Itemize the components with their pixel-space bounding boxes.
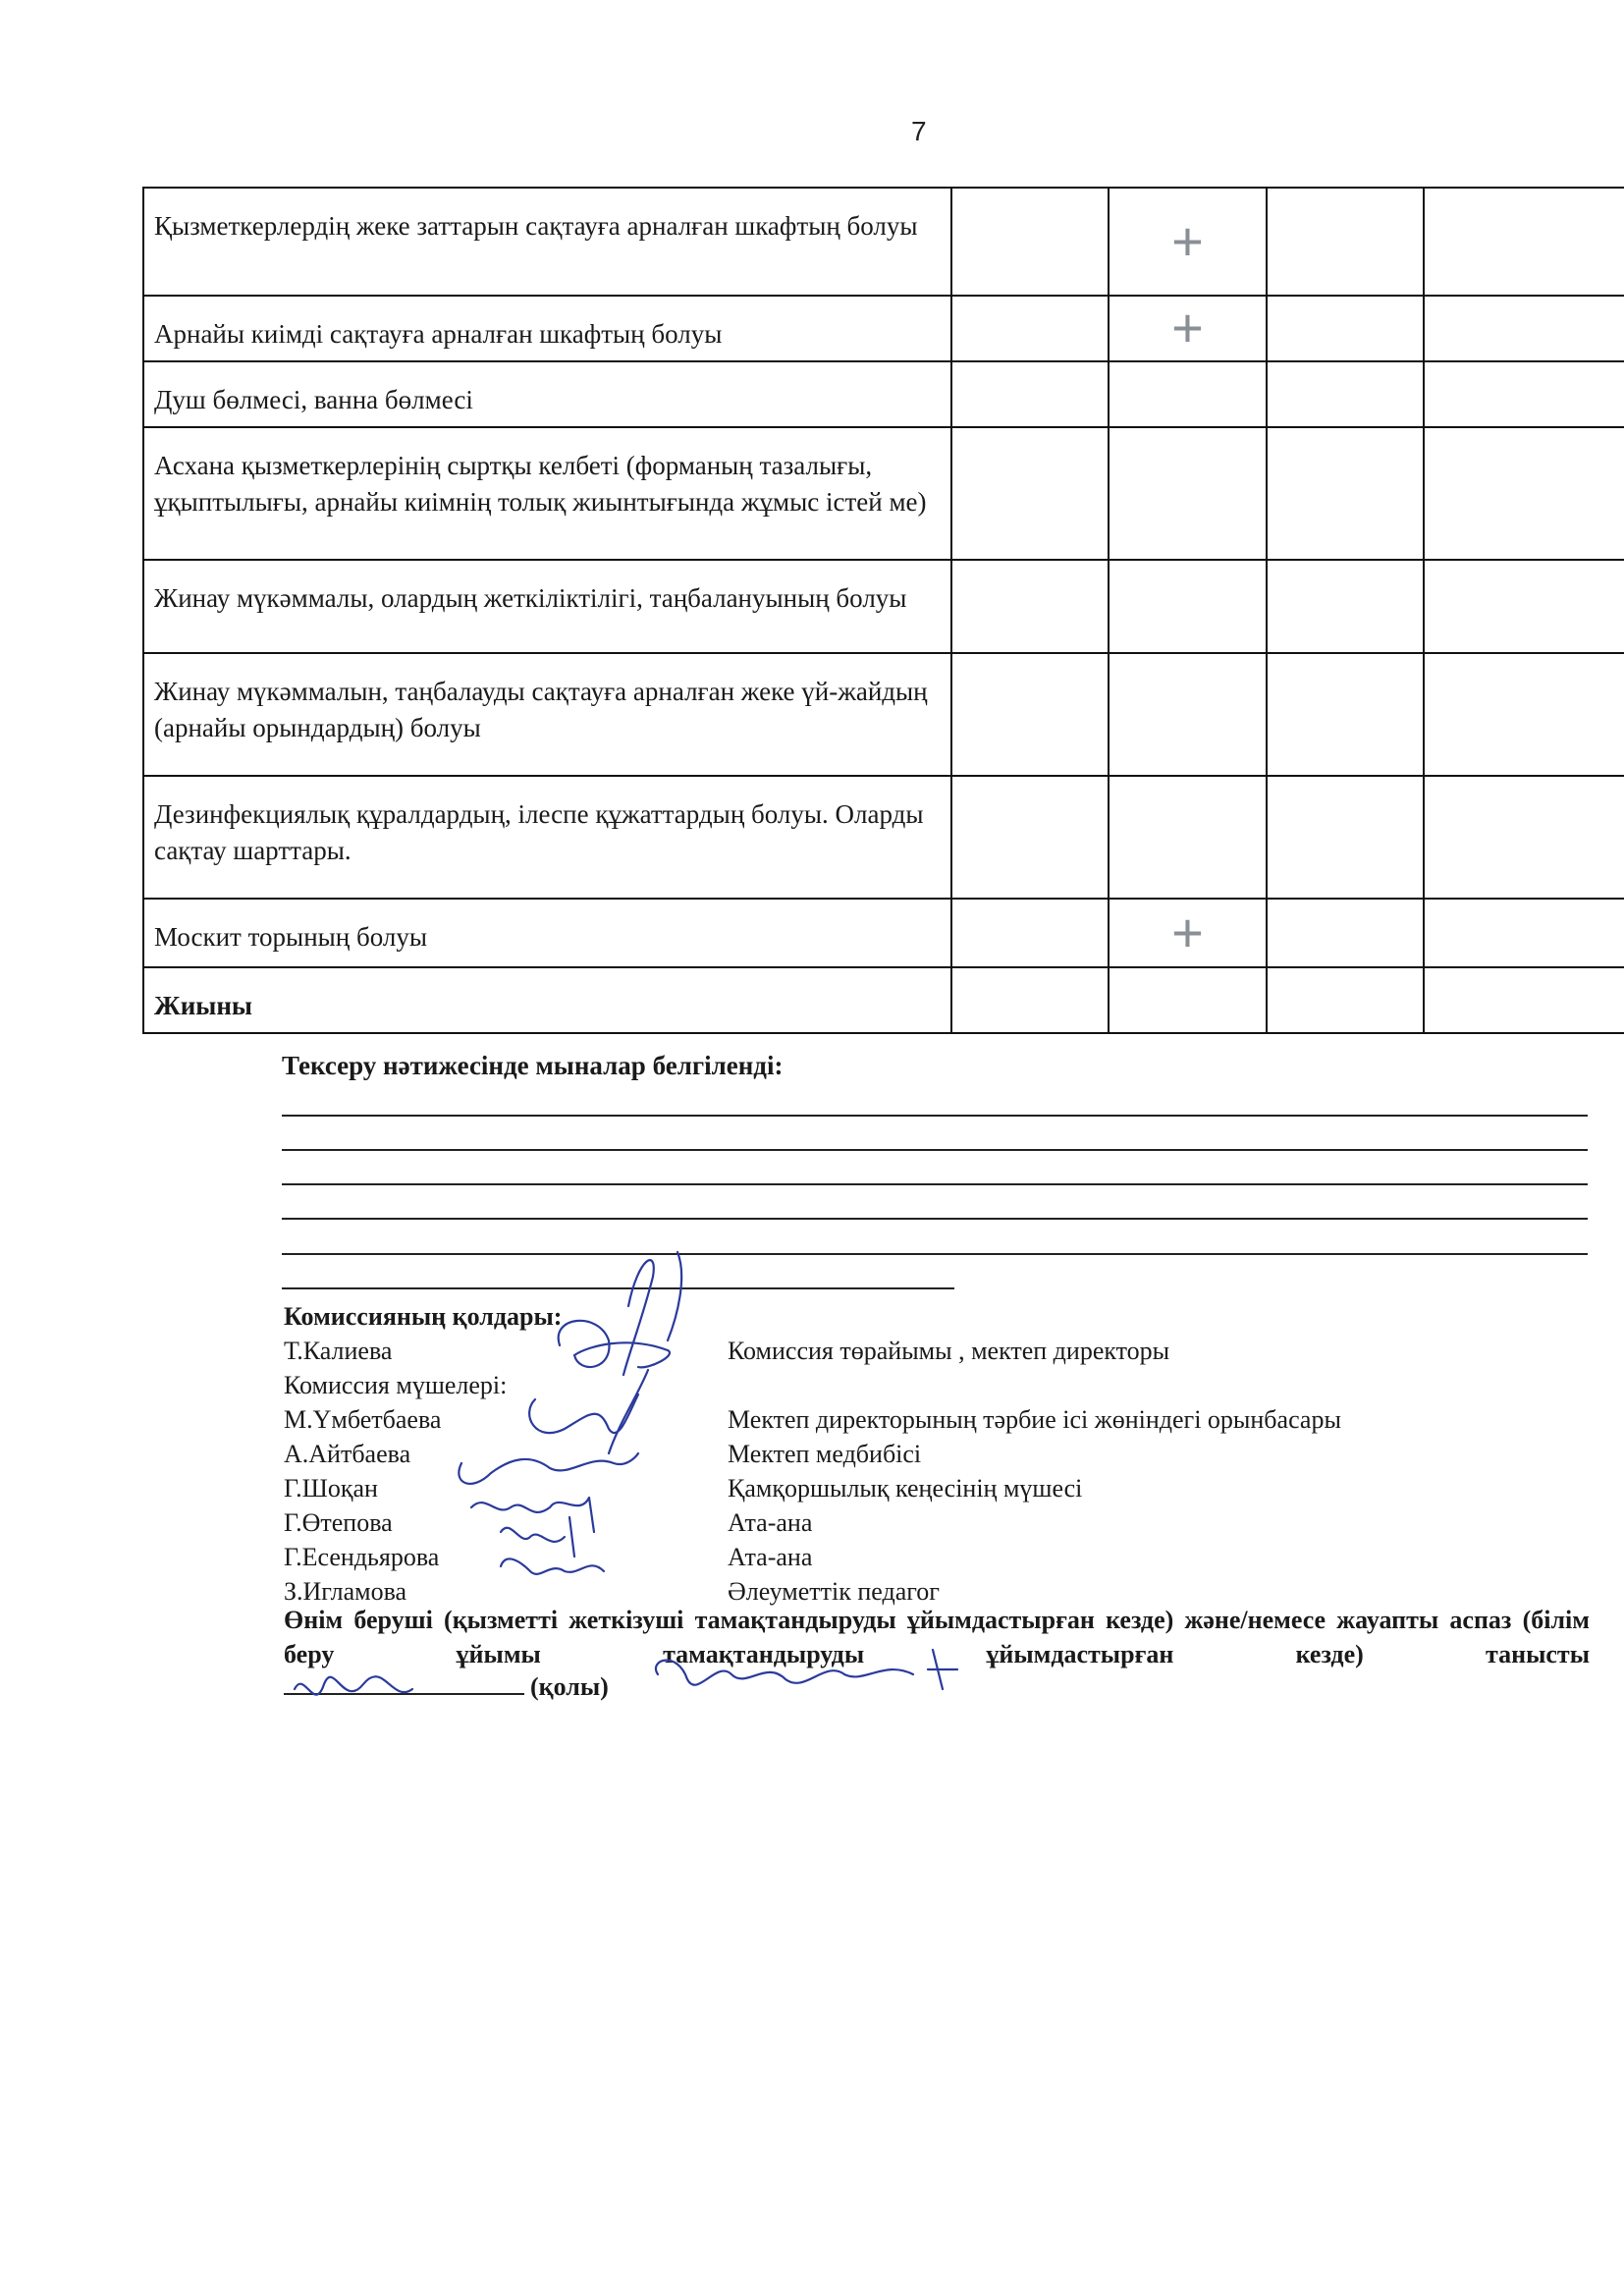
mark-cell[interactable] [1424,653,1624,776]
criterion-cell: Москит торының болуы [143,899,951,967]
total-cell[interactable] [1424,967,1624,1033]
findings-line[interactable] [282,1218,1588,1220]
criterion-cell: Дезинфекциялық құралдардың, ілеспе құжат… [143,776,951,899]
member-name: Г.Шоқан [284,1471,378,1505]
members-label: Комиссия мүшелері: [284,1368,1590,1402]
mark-cell[interactable] [1109,776,1266,899]
member-role: Ата-ана [728,1505,812,1540]
chair-row: Т.Калиева Комиссия төрайымы , мектеп дир… [284,1334,1590,1368]
member-name: М.Үмбетбаева [284,1402,441,1437]
member-role: Ата-ана [728,1540,812,1574]
commission-signatures: Комиссияның қолдары: Т.Калиева Комиссия … [284,1299,1590,1609]
findings-line[interactable] [282,1149,1588,1151]
member-row: Г.ӨтеповаАта-ана [284,1505,1590,1540]
mark-cell[interactable]: + [1109,188,1266,296]
table-row: Дезинфекциялық құралдардың, ілеспе құжат… [143,776,1624,899]
checklist-table: Қызметкерлердің жеке заттарын сақтауға а… [142,187,1624,1034]
mark-cell[interactable] [1267,560,1424,653]
producer-acknowledgement: Өнім беруші (қызметті жеткізуші тамақтан… [284,1603,1590,1671]
mark-cell[interactable] [1424,188,1624,296]
mark-cell[interactable] [951,776,1109,899]
mark-cell[interactable] [1424,427,1624,560]
criterion-cell: Жинау мүкәммалын, таңбалауды сақтауға ар… [143,653,951,776]
table-row: Арнайы киімді сақтауға арналған шкафтың … [143,296,1624,361]
mark-cell[interactable] [1424,296,1624,361]
mark-cell[interactable] [1267,776,1424,899]
table-row: Жинау мүкәммалын, таңбалауды сақтауға ар… [143,653,1624,776]
mark-cell[interactable] [951,560,1109,653]
table-row: Қызметкерлердің жеке заттарын сақтауға а… [143,188,1624,296]
mark-cell[interactable] [1267,188,1424,296]
member-role: Қамқоршылық кеңесінің мүшесі [728,1471,1082,1505]
mark-cell[interactable] [1267,653,1424,776]
findings-line[interactable] [282,1183,1588,1185]
sign-label: (қолы) [530,1672,609,1701]
table-row: Асхана қызметкерлерінің сыртқы келбеті (… [143,427,1624,560]
member-row: М.ҮмбетбаеваМектеп директорының тәрбие і… [284,1402,1590,1437]
mark-cell[interactable] [1267,296,1424,361]
mark-cell[interactable] [1424,361,1624,427]
member-role: Мектеп медбибісі [728,1437,921,1471]
mark-cell[interactable] [951,296,1109,361]
plus-mark-icon: + [1171,902,1204,963]
mark-cell[interactable] [951,188,1109,296]
page-number: 7 [911,116,927,147]
member-row: А.АйтбаеваМектеп медбибісі [284,1437,1590,1471]
mark-cell[interactable] [951,899,1109,967]
mark-cell[interactable] [1267,427,1424,560]
criterion-cell: Жинау мүкәммалы, олардың жеткіліктілігі,… [143,560,951,653]
mark-cell[interactable]: + [1109,899,1266,967]
findings-line[interactable] [282,1287,954,1289]
signature-field[interactable] [284,1671,524,1695]
member-name: Г.Есендьярова [284,1540,439,1574]
table-row: Москит торының болуы+ [143,899,1624,967]
mark-cell[interactable] [1267,361,1424,427]
criterion-cell: Душ бөлмесі, ванна бөлмесі [143,361,951,427]
plus-mark-icon: + [1171,297,1204,358]
criterion-cell: Қызметкерлердің жеке заттарын сақтауға а… [143,188,951,296]
table-row: Жинау мүкәммалы, олардың жеткіліктілігі,… [143,560,1624,653]
mark-cell[interactable] [1109,560,1266,653]
mark-cell[interactable] [1424,776,1624,899]
mark-cell[interactable] [1424,899,1624,967]
member-role: Мектеп директорының тәрбие ісі жөніндегі… [728,1402,1341,1437]
plus-mark-icon: + [1171,210,1204,272]
chair-role: Комиссия төрайымы , мектеп директоры [728,1334,1169,1368]
mark-cell[interactable] [1109,361,1266,427]
mark-cell[interactable] [1109,653,1266,776]
mark-cell[interactable] [1267,899,1424,967]
total-cell[interactable] [1109,967,1266,1033]
table-row: Душ бөлмесі, ванна бөлмесі [143,361,1624,427]
signatures-title: Комиссияның қолдары: [284,1299,1590,1334]
mark-cell[interactable] [951,653,1109,776]
member-name: А.Айтбаева [284,1437,410,1471]
mark-cell[interactable] [951,427,1109,560]
member-row: Г.ЕсендьяроваАта-ана [284,1540,1590,1574]
total-row: Жиыны [143,967,1624,1033]
mark-cell[interactable]: + [1109,296,1266,361]
producer-sign-line: (қолы) [284,1671,609,1702]
findings-line[interactable] [282,1253,1588,1255]
findings-line[interactable] [282,1115,1588,1117]
total-label: Жиыны [143,967,951,1033]
findings-title: Тексеру нәтижесінде мыналар белгіленді: [282,1051,783,1081]
total-cell[interactable] [1267,967,1424,1033]
criterion-cell: Арнайы киімді сақтауға арналған шкафтың … [143,296,951,361]
member-row: Г.ШоқанҚамқоршылық кеңесінің мүшесі [284,1471,1590,1505]
mark-cell[interactable] [1424,560,1624,653]
criterion-cell: Асхана қызметкерлерінің сыртқы келбеті (… [143,427,951,560]
chair-name: Т.Калиева [284,1334,392,1368]
member-name: Г.Өтепова [284,1505,393,1540]
mark-cell[interactable] [951,361,1109,427]
mark-cell[interactable] [1109,427,1266,560]
total-cell[interactable] [951,967,1109,1033]
